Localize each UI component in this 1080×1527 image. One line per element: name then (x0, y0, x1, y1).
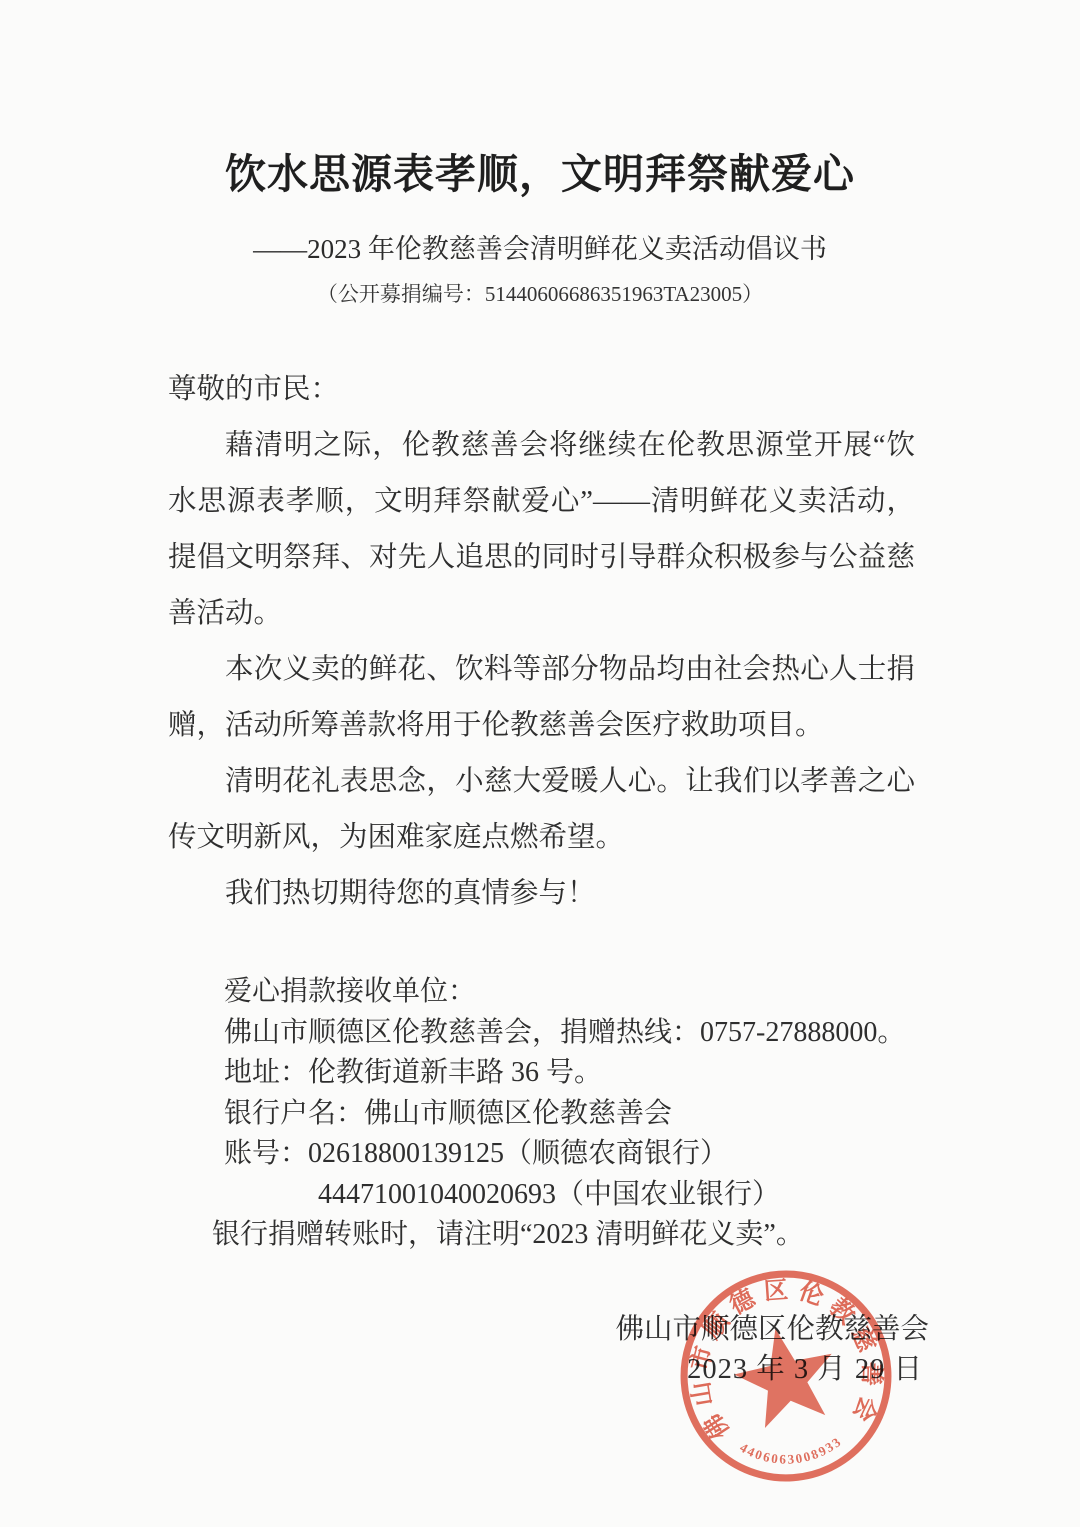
page-subtitle: ——2023 年伦教慈善会清明鲜花义卖活动倡议书 (0, 227, 1080, 266)
bank-account-2: 44471001040020693（中国农业银行） (168, 1175, 948, 1216)
official-seal: 佛山市顺德区伦教慈善会 4406063008933 (669, 1259, 904, 1494)
paragraph: 藉清明之际，伦教慈善会将继续在伦教思源堂开展“饮水思源表孝顺，文明拜祭献爱心”—… (168, 418, 915, 642)
donation-heading: 爱心捐款接收单位： (168, 972, 948, 1013)
salutation: 尊敬的市民： (168, 362, 915, 418)
donation-info: 爱心捐款接收单位： 佛山市顺德区伦教慈善会，捐赠热线：0757-27888000… (168, 972, 948, 1256)
paragraph: 清明花礼表思念，小慈大爱暖人心。让我们以孝善之心传文明新风，为困难家庭点燃希望。 (168, 754, 915, 866)
donation-recipient: 佛山市顺德区伦教慈善会，捐赠热线：0757-27888000。 (168, 1013, 948, 1054)
letter-body: 尊敬的市民： 藉清明之际，伦教慈善会将继续在伦教思源堂开展“饮水思源表孝顺，文明… (168, 362, 915, 922)
donation-address: 地址：伦教街道新丰路 36 号。 (168, 1053, 948, 1094)
registration-number: （公开募捐编号：51440606686351963TA23005） (0, 278, 1080, 308)
page-title: 饮水思源表孝顺，文明拜祭献爱心 (0, 141, 1080, 200)
paragraph: 我们热切期待您的真情参与！ (168, 866, 915, 922)
transfer-note: 银行捐赠转账时，请注明“2023 清明鲜花义卖”。 (168, 1215, 948, 1256)
seal-star-icon (727, 1318, 844, 1432)
paragraph: 本次义卖的鲜花、饮料等部分物品均由社会热心人士捐赠，活动所筹善款将用于伦教慈善会… (168, 642, 915, 754)
bank-account-1: 账号：02618800139125（顺德农商银行） (168, 1134, 948, 1175)
letter-page: 饮水思源表孝顺，文明拜祭献爱心 ——2023 年伦教慈善会清明鲜花义卖活动倡议书… (0, 0, 1080, 1527)
bank-account-name: 银行户名：佛山市顺德区伦教慈善会 (168, 1094, 948, 1135)
